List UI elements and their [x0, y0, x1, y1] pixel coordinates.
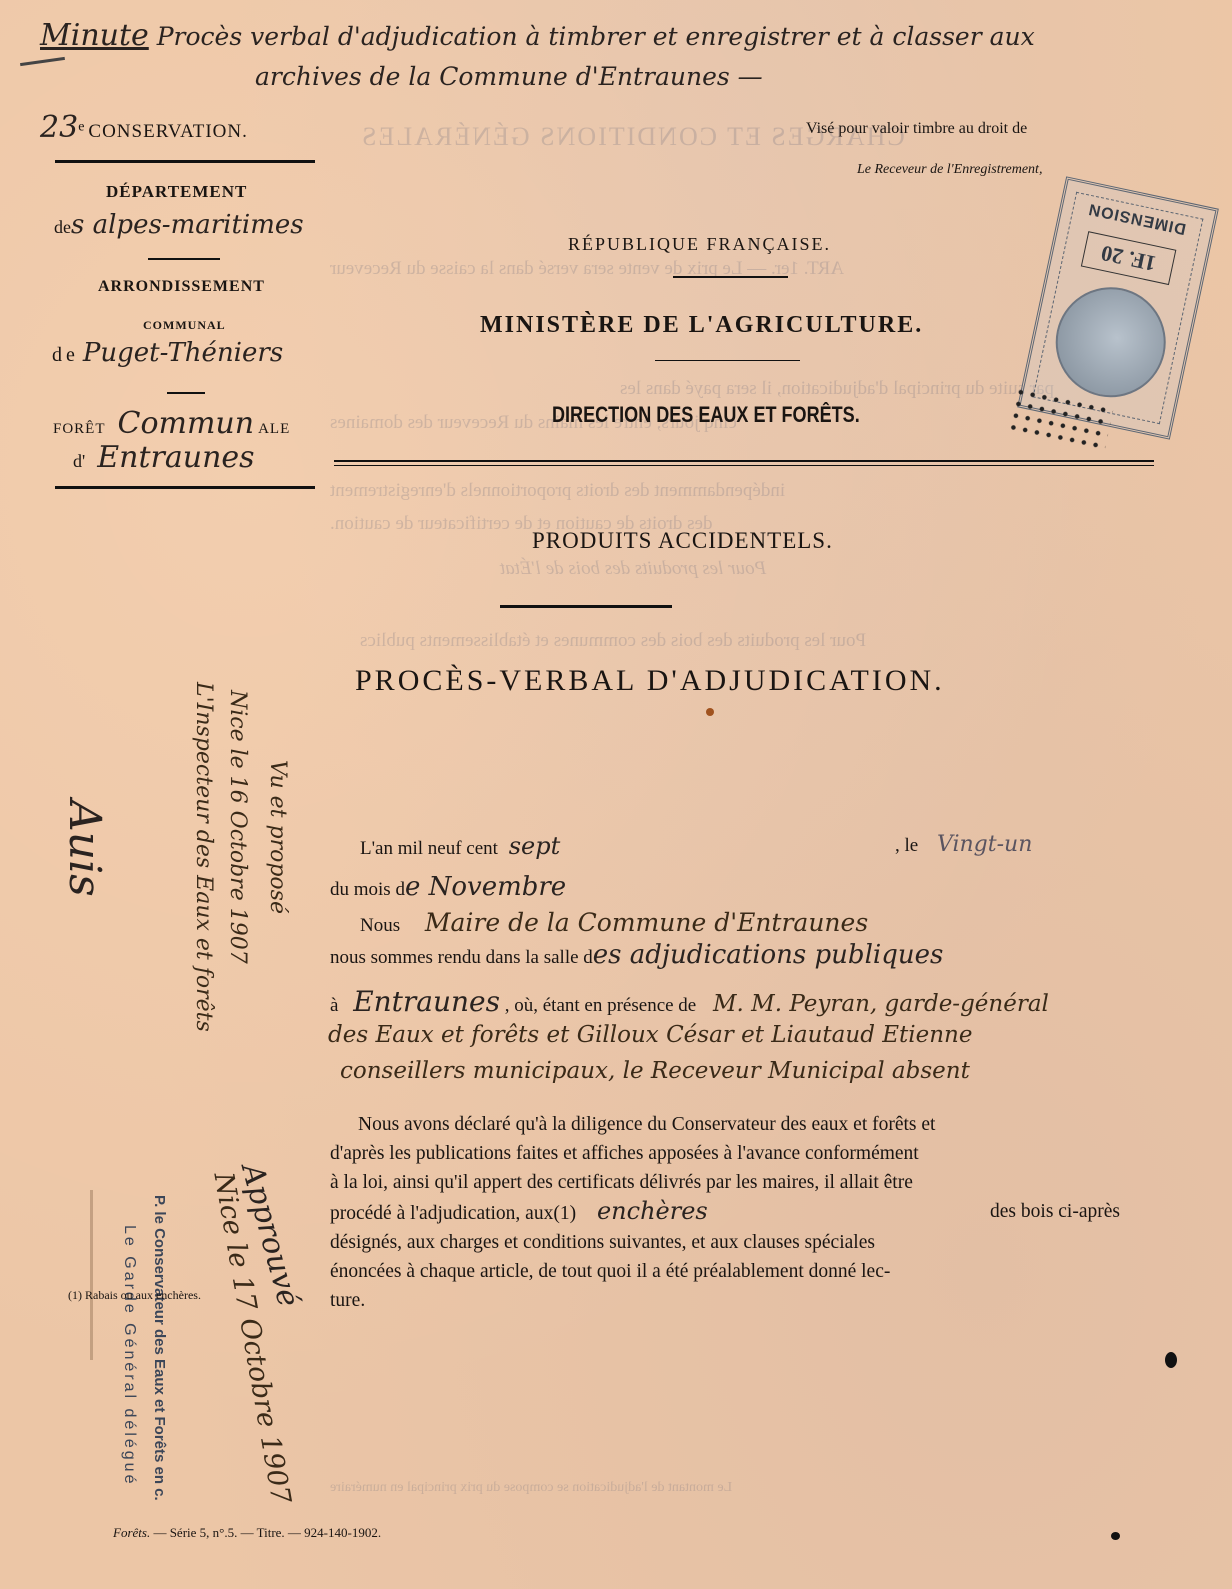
footnote-ref: x(1) [544, 1203, 577, 1224]
an-label: L'an mil neuf cent [360, 838, 498, 859]
title-ministere: MINISTÈRE DE L'AGRICULTURE. [480, 312, 923, 339]
an-value: sept [509, 832, 561, 860]
divider-double [334, 460, 1154, 462]
divider [148, 258, 220, 260]
foret-value: Commun [118, 406, 255, 441]
departement-prefix: de [54, 217, 71, 237]
adjudication-type: enchères [597, 1197, 708, 1225]
salle-label: nous sommes rendu dans la salle d [330, 947, 593, 968]
paragraph-line-adjudication: procédé à l'adjudication, aux(1) enchère… [330, 1197, 1120, 1228]
communal-label: COMMUNAL [143, 318, 226, 333]
divider [500, 605, 672, 608]
foret-label: FORÊT [53, 421, 106, 437]
arrondissement-label: ARRONDISSEMENT [98, 278, 265, 296]
presence-line-2: des Eaux et forêts et Gilloux César et L… [328, 1022, 972, 1048]
title-proces-verbal: PROCÈS-VERBAL D'ADJUDICATION. [355, 664, 945, 698]
footer-forets: Forêts. [113, 1525, 150, 1540]
line-le: , le Vingt-un [895, 832, 1032, 857]
communal-line: de Puget-Théniers [52, 338, 283, 368]
communal-prefix: de [52, 344, 79, 366]
line-mois: du mois de Novembre [330, 872, 566, 902]
divider [55, 160, 315, 163]
departement-label: DÉPARTEMENT [106, 182, 247, 202]
margin-note-inspecteur: L'Inspecteur des Eaux et forêts [191, 682, 216, 1032]
le-label: , le [895, 835, 918, 856]
margin-note-vu: Vu et proposé [265, 760, 290, 914]
paragraph-line: ture. [330, 1286, 1120, 1315]
title-republique: RÉPUBLIQUE FRANÇAISE. [568, 234, 831, 255]
faint-pencil-signature [90, 1190, 93, 1360]
conservation-number: 23 [40, 110, 78, 145]
paragraph-part: procédé à l'adjudication, au [330, 1203, 544, 1224]
presence-value: M. M. Peyran, garde-général [713, 991, 1049, 1017]
official-stamp-garde: Le Garde Général délégué [120, 1225, 138, 1486]
nous-label: Nous [360, 915, 400, 936]
communal-value: Puget-Théniers [83, 338, 283, 368]
presence-label: , où, étant en présence de [505, 995, 697, 1016]
paper-hole [1111, 1532, 1120, 1540]
footer: Forêts. — Série 5, n°.5. — Titre. — 924-… [113, 1525, 381, 1541]
conservation-label: CONSERVATION. [88, 121, 247, 142]
paper-hole [1165, 1352, 1177, 1368]
divider-double [334, 465, 1154, 466]
paragraph-line: énoncées à chaque article, de tout quoi … [330, 1257, 1120, 1286]
paragraph-line: désignés, aux charges et conditions suiv… [330, 1228, 1120, 1257]
departement-line: des alpes-maritimes [54, 210, 304, 240]
mois-value: e Novembre [405, 872, 566, 902]
paragraph-line: Nous avons déclaré qu'à la diligence du … [330, 1110, 1120, 1139]
conservation-line: 23e CONSERVATION. [40, 110, 248, 145]
signature-inspecteur: Auis [59, 800, 110, 897]
line-a: à Entraunes , où, étant en présence de M… [330, 985, 1049, 1018]
annotation-minute: Minute [40, 18, 149, 53]
foret-suffix: ALE [258, 421, 290, 437]
line-salle: nous sommes rendu dans la salle des adju… [330, 940, 943, 970]
line-an: L'an mil neuf cent sept [360, 832, 560, 860]
salle-value: es adjudications publiques [593, 940, 944, 970]
annotation-line-2: archives de la Commune d'Entraunes — [255, 62, 763, 91]
paragraph-line: à la loi, ainsi qu'il appert des certifi… [330, 1168, 1120, 1197]
foret-d: d' [73, 451, 85, 471]
title-produits: PRODUITS ACCIDENTELS. [532, 528, 833, 554]
nous-value: Maire de la Commune d'Entraunes [425, 908, 868, 937]
foret-location: Entraunes [97, 440, 254, 475]
divider [673, 276, 788, 278]
official-stamp-conservateur: P. le Conservateur des Eaux et Forêts en… [151, 1195, 168, 1501]
presence-line-3: conseillers municipaux, le Receveur Muni… [340, 1058, 970, 1084]
foret-line: FORÊT Commun ALE [53, 406, 290, 441]
bleed-through-text: indépendamment des droits proportionnels… [330, 480, 785, 502]
line-nous: Nous Maire de la Commune d'Entraunes [360, 908, 868, 937]
annotation-underline [20, 57, 65, 66]
title-direction: DIRECTION DES EAUX ET FORÊTS. [552, 402, 860, 428]
departement-value: s alpes-maritimes [71, 210, 304, 240]
bleed-through-text: Le montant de l'adjudication se compose … [330, 1480, 732, 1496]
vise-text: Visé pour valoir timbre au droit de [806, 120, 1027, 138]
bleed-through-text: Pour les produits des bois de l'État [500, 558, 766, 580]
a-label: à [330, 995, 338, 1016]
receveur-text: Le Receveur de l'Enregistrement, [857, 162, 1042, 178]
paragraph-line: d'après les publications faites et affic… [330, 1139, 1120, 1168]
ink-spot [706, 708, 714, 716]
bleed-through-text: Pour les produits des bois des communes … [360, 630, 866, 652]
le-value: Vingt-un [937, 832, 1032, 857]
divider [655, 360, 800, 361]
paragraph-declaration: Nous avons déclaré qu'à la diligence du … [330, 1110, 1120, 1315]
divider [167, 392, 205, 394]
a-value: Entraunes [353, 985, 500, 1018]
margin-note-date: Nice le 16 Octobre 1907 [225, 690, 250, 964]
bleed-through-text: par suite du principal d'adjudication, i… [620, 378, 1054, 400]
foret-location-line: d' Entraunes [73, 440, 255, 475]
mois-label: du mois d [330, 879, 405, 900]
footer-series: — Série 5, n°.5. — Titre. — 924-140-1902… [153, 1525, 381, 1540]
header-annotation: Minute Procès verbal d'adjudication à ti… [40, 18, 1035, 53]
footnote: (1) Rabais ou aux enchères. [68, 1288, 201, 1303]
divider [55, 486, 315, 489]
conservation-suffix: e [78, 120, 84, 135]
paragraph-part: des bois ci-après [990, 1197, 1120, 1226]
annotation-line-1: Procès verbal d'adjudication à timbrer e… [157, 22, 1035, 51]
